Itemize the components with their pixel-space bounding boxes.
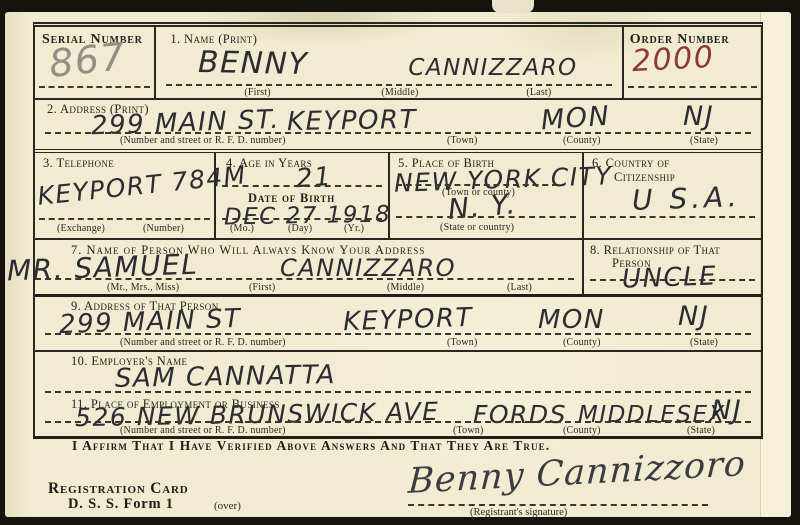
employer-value: Sam Cannatta <box>115 362 336 392</box>
signature-line <box>408 504 708 506</box>
write-line <box>166 84 611 86</box>
telephone-label: 3. Telephone <box>43 156 114 171</box>
write-line <box>45 391 751 393</box>
address-state-value: NJ <box>683 103 714 130</box>
form-grid: Serial Number 867 1. Name (Print) Benny … <box>33 22 763 439</box>
contact-address-sub-county: (County) <box>563 337 601 348</box>
field-contact-address: 9. Address of That Person 299 Main St Ke… <box>35 297 761 350</box>
write-line <box>45 333 751 335</box>
row-header: Serial Number 867 1. Name (Print) Benny … <box>35 27 761 100</box>
address-town-value: Keyport <box>287 107 417 135</box>
field-address: 2. Address (Print) 299 Main St. Keyport … <box>35 100 761 149</box>
citizenship-value: U S.A. <box>632 183 742 215</box>
citizenship-label-1: 6. Country of <box>592 156 670 171</box>
row-address: 2. Address (Print) 299 Main St. Keyport … <box>35 100 761 153</box>
telephone-sub-exchange: (Exchange) <box>57 223 105 234</box>
employment-sub-street: (Number and street or R. F. D. number) <box>120 425 286 436</box>
row-employer: 10. Employer's Name Sam Cannatta <box>35 352 761 397</box>
name-sub-last: (Last) <box>526 87 551 98</box>
field-citizenship: 6. Country of Citizenship U S.A. <box>584 153 761 238</box>
employment-state-value: NJ <box>711 397 742 424</box>
write-line <box>222 218 382 220</box>
name-first-value: Benny <box>198 48 309 80</box>
serial-number-value: 867 <box>47 37 128 83</box>
address-sub-county: (County) <box>563 135 601 146</box>
address-sub-town: (Town) <box>447 135 478 146</box>
write-line <box>396 216 576 218</box>
relationship-value: Uncle <box>622 263 718 292</box>
birth-sub-state: (State or country) <box>440 222 514 233</box>
torn-edge-notch <box>492 0 534 13</box>
scanned-registration-card: Serial Number 867 1. Name (Print) Benny … <box>0 0 800 525</box>
field-name: 1. Name (Print) Benny Cannizzaro (First)… <box>156 27 623 98</box>
dob-sub-day: (Day) <box>288 223 312 234</box>
write-line <box>590 216 755 218</box>
name-last-value: Cannizzaro <box>408 57 577 80</box>
name-sub-first: (First) <box>244 87 270 98</box>
contact-sub-first: (First) <box>249 282 275 293</box>
row-vitals: 3. Telephone Keyport 784M (Exchange) (Nu… <box>35 153 761 240</box>
telephone-sub-number: (Number) <box>143 223 184 234</box>
contact-address-county-value: Mon <box>538 307 605 333</box>
contact-sub-middle: (Middle) <box>387 282 424 293</box>
contact-address-sub-town: (Town) <box>447 337 478 348</box>
field-telephone: 3. Telephone Keyport 784M (Exchange) (Nu… <box>35 153 216 238</box>
write-line <box>628 86 757 88</box>
contact-last-value: Cannizzaro <box>280 256 456 280</box>
write-line <box>396 184 558 186</box>
field-place-of-birth: 5. Place of Birth New York City (Town or… <box>390 153 584 238</box>
row-contact: 7. Name of Person Who Will Always Know Y… <box>35 240 761 297</box>
relationship-label-1: 8. Relationship of That <box>590 243 720 258</box>
over-note: (over) <box>214 500 241 512</box>
birth-state-value: N. Y. <box>447 190 518 224</box>
employment-sub-town: (Town) <box>453 425 484 436</box>
write-line <box>222 185 382 187</box>
field-order-number: Order Number 2000 <box>624 27 761 98</box>
row-employment: 11. Place of Employment or Business 526 … <box>35 397 761 439</box>
address-sub-street: (Number and street or R. F. D. number) <box>120 135 286 146</box>
write-line <box>39 218 210 220</box>
contact-address-sub-state: (State) <box>690 337 718 348</box>
write-line <box>35 278 574 280</box>
row-contact-address: 9. Address of That Person 299 Main St Ke… <box>35 297 761 352</box>
card-right-edge <box>760 12 791 517</box>
employment-town-value: Fords <box>473 402 567 427</box>
address-sub-state: (State) <box>690 135 718 146</box>
field-employer: 10. Employer's Name Sam Cannatta <box>35 352 761 397</box>
contact-sub-last: (Last) <box>507 282 532 293</box>
write-line <box>39 86 150 88</box>
field-age: 4. Age in Years 21 Date of Birth Dec 27 … <box>216 153 390 238</box>
contact-first-value: Mr. Samuel <box>7 251 199 286</box>
signature-label: (Registrant's signature) <box>470 507 567 518</box>
address-county-value: Mon <box>540 103 611 135</box>
age-value: 21 <box>295 164 333 192</box>
contact-address-state-value: NJ <box>678 303 709 330</box>
name-sub-middle: (Middle) <box>381 87 418 98</box>
employment-county-value: Middlesex <box>578 404 726 427</box>
contact-address-sub-street: (Number and street or R. F. D. number) <box>120 337 286 348</box>
form-number: D. S. S. Form 1 <box>68 496 174 513</box>
dob-sub-mo: (Mo.) <box>230 223 254 234</box>
employment-sub-state: (State) <box>687 425 715 436</box>
employment-sub-county: (County) <box>563 425 601 436</box>
field-relationship: 8. Relationship of That Person Uncle <box>584 240 761 294</box>
affirmation-statement: I Affirm That I Have Verified Above Answ… <box>72 438 550 454</box>
field-contact-name: 7. Name of Person Who Will Always Know Y… <box>35 240 584 294</box>
write-line <box>45 132 751 134</box>
field-employment-place: 11. Place of Employment or Business 526 … <box>35 397 761 436</box>
contact-address-town-value: Keyport <box>343 305 474 336</box>
dob-sub-yr: (Yr.) <box>344 223 364 234</box>
field-serial-number: Serial Number 867 <box>35 27 156 98</box>
contact-sub-title: (Mr., Mrs., Miss) <box>107 282 179 293</box>
order-number-value: 2000 <box>631 43 715 77</box>
write-line <box>590 279 755 281</box>
write-line <box>45 421 751 423</box>
